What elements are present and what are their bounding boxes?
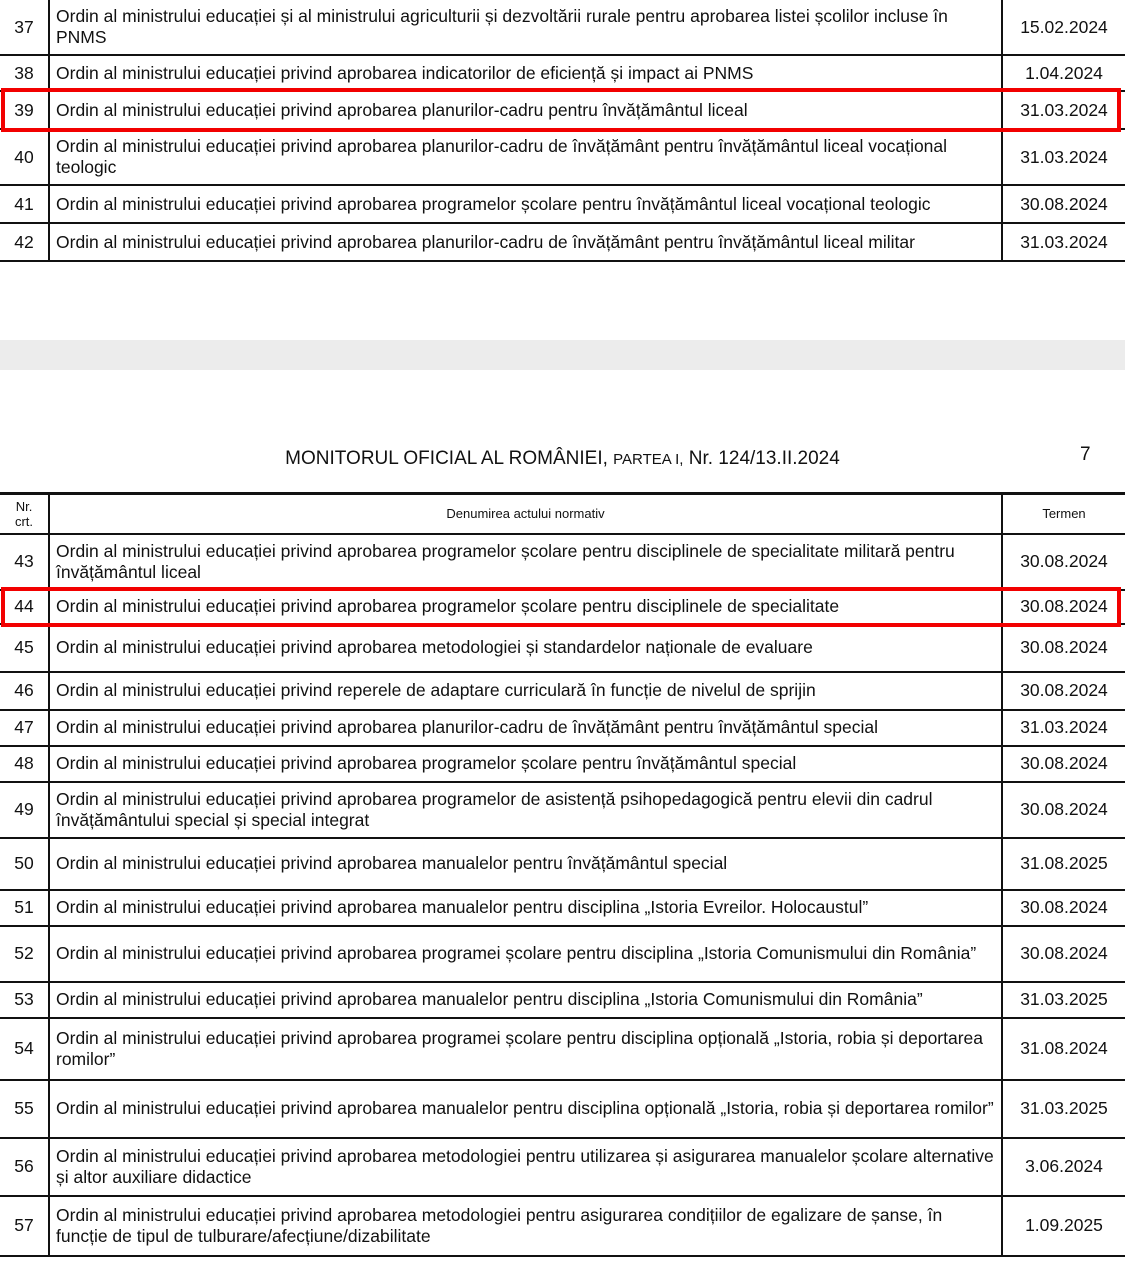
deadline: 31.03.2025 [1002,982,1125,1018]
header-title: MONITORUL OFICIAL AL ROMÂNIEI, [285,448,608,469]
deadline: 1.04.2024 [1002,55,1125,91]
table-row: 52Ordin al ministrului educației privind… [0,926,1125,982]
deadline: 31.03.2024 [1002,223,1125,261]
table-row: 41Ordin al ministrului educației privind… [0,185,1125,223]
act-name: Ordin al ministrului educației privind a… [49,746,1002,782]
deadline: 31.08.2025 [1002,838,1125,890]
act-name: Ordin al ministrului educației privind a… [49,838,1002,890]
table-row: 55Ordin al ministrului educației privind… [0,1080,1125,1138]
deadline: 30.08.2024 [1002,746,1125,782]
table-row: 46Ordin al ministrului educației privind… [0,672,1125,710]
row-number: 37 [0,0,49,55]
act-name: Ordin al ministrului educației privind r… [49,672,1002,710]
row-number: 45 [0,624,49,672]
deadline: 31.03.2024 [1002,129,1125,185]
row-number: 55 [0,1080,49,1138]
row-number: 44 [0,590,49,624]
row-number: 46 [0,672,49,710]
table-row: 56Ordin al ministrului educației privind… [0,1138,1125,1196]
header-denumire: Denumirea actului normativ [49,494,1002,534]
act-name: Ordin al ministrului educației privind a… [49,185,1002,223]
act-name: Ordin al ministrului educației privind a… [49,1018,1002,1080]
act-name: Ordin al ministrului educației privind a… [49,1138,1002,1196]
act-name: Ordin al ministrului educației privind a… [49,534,1002,590]
row-number: 54 [0,1018,49,1080]
deadline: 30.08.2024 [1002,624,1125,672]
deadline: 30.08.2024 [1002,782,1125,838]
row-number: 42 [0,223,49,261]
row-number: 56 [0,1138,49,1196]
act-name: Ordin al ministrului educației privind a… [49,1196,1002,1256]
table-row: 49Ordin al ministrului educației privind… [0,782,1125,838]
act-name: Ordin al ministrului educației privind a… [49,223,1002,261]
header-part: PARTEA I, [613,451,683,468]
header-termen: Termen [1002,494,1125,534]
deadline: 15.02.2024 [1002,0,1125,55]
header-nr-crt: Nr. crt. [0,494,49,534]
table-header-row: Nr. crt. Denumirea actului normativ Term… [0,494,1125,534]
table-row: 48Ordin al ministrului educației privind… [0,746,1125,782]
row-number: 47 [0,710,49,746]
deadline: 31.03.2025 [1002,1080,1125,1138]
table-row: 39Ordin al ministrului educației privind… [0,91,1125,129]
header-crt-label: crt. [0,514,48,529]
header-nr-label: Nr. [0,499,48,514]
table-row: 53Ordin al ministrului educației privind… [0,982,1125,1018]
table-row: 42Ordin al ministrului educației privind… [0,223,1125,261]
act-name: Ordin al ministrului educației privind a… [49,710,1002,746]
act-name: Ordin al ministrului educației privind a… [49,982,1002,1018]
header-issue: Nr. 124/13.II.2024 [689,448,840,469]
deadline: 30.08.2024 [1002,185,1125,223]
act-name: Ordin al ministrului educației privind a… [49,1080,1002,1138]
act-name: Ordin al ministrului educației și al min… [49,0,1002,55]
table-row: 50Ordin al ministrului educației privind… [0,838,1125,890]
deadline: 30.08.2024 [1002,534,1125,590]
deadline: 30.08.2024 [1002,890,1125,926]
act-name: Ordin al ministrului educației privind a… [49,91,1002,129]
table-row: 43Ordin al ministrului educației privind… [0,534,1125,590]
table-row: 57Ordin al ministrului educației privind… [0,1196,1125,1256]
act-name: Ordin al ministrului educației privind a… [49,624,1002,672]
page-number: 7 [1080,444,1091,466]
row-number: 43 [0,534,49,590]
row-number: 57 [0,1196,49,1256]
row-number: 53 [0,982,49,1018]
deadline: 3.06.2024 [1002,1138,1125,1196]
deadline: 30.08.2024 [1002,672,1125,710]
act-name: Ordin al ministrului educației privind a… [49,782,1002,838]
row-number: 39 [0,91,49,129]
row-number: 48 [0,746,49,782]
act-name: Ordin al ministrului educației privind a… [49,890,1002,926]
acts-table-page-7: Nr. crt. Denumirea actului normativ Term… [0,492,1125,1257]
row-number: 51 [0,890,49,926]
table-row: 51Ordin al ministrului educației privind… [0,890,1125,926]
deadline: 30.08.2024 [1002,926,1125,982]
table-row: 44Ordin al ministrului educației privind… [0,590,1125,624]
deadline: 31.03.2024 [1002,91,1125,129]
page-separator [0,340,1125,370]
table-row: 38Ordin al ministrului educației privind… [0,55,1125,91]
row-number: 41 [0,185,49,223]
deadline: 31.08.2024 [1002,1018,1125,1080]
act-name: Ordin al ministrului educației privind a… [49,55,1002,91]
act-name: Ordin al ministrului educației privind a… [49,926,1002,982]
row-number: 40 [0,129,49,185]
table-row: 45Ordin al ministrului educației privind… [0,624,1125,672]
deadline: 31.03.2024 [1002,710,1125,746]
page-header: MONITORUL OFICIAL AL ROMÂNIEI, PARTEA I,… [0,448,1125,470]
deadline: 1.09.2025 [1002,1196,1125,1256]
acts-table-page-6: 37Ordin al ministrului educației și al m… [0,0,1125,262]
row-number: 50 [0,838,49,890]
table-row: 54Ordin al ministrului educației privind… [0,1018,1125,1080]
row-number: 49 [0,782,49,838]
table-row: 37Ordin al ministrului educației și al m… [0,0,1125,55]
act-name: Ordin al ministrului educației privind a… [49,129,1002,185]
deadline: 30.08.2024 [1002,590,1125,624]
row-number: 38 [0,55,49,91]
act-name: Ordin al ministrului educației privind a… [49,590,1002,624]
row-number: 52 [0,926,49,982]
table-row: 40Ordin al ministrului educației privind… [0,129,1125,185]
table-row: 47Ordin al ministrului educației privind… [0,710,1125,746]
